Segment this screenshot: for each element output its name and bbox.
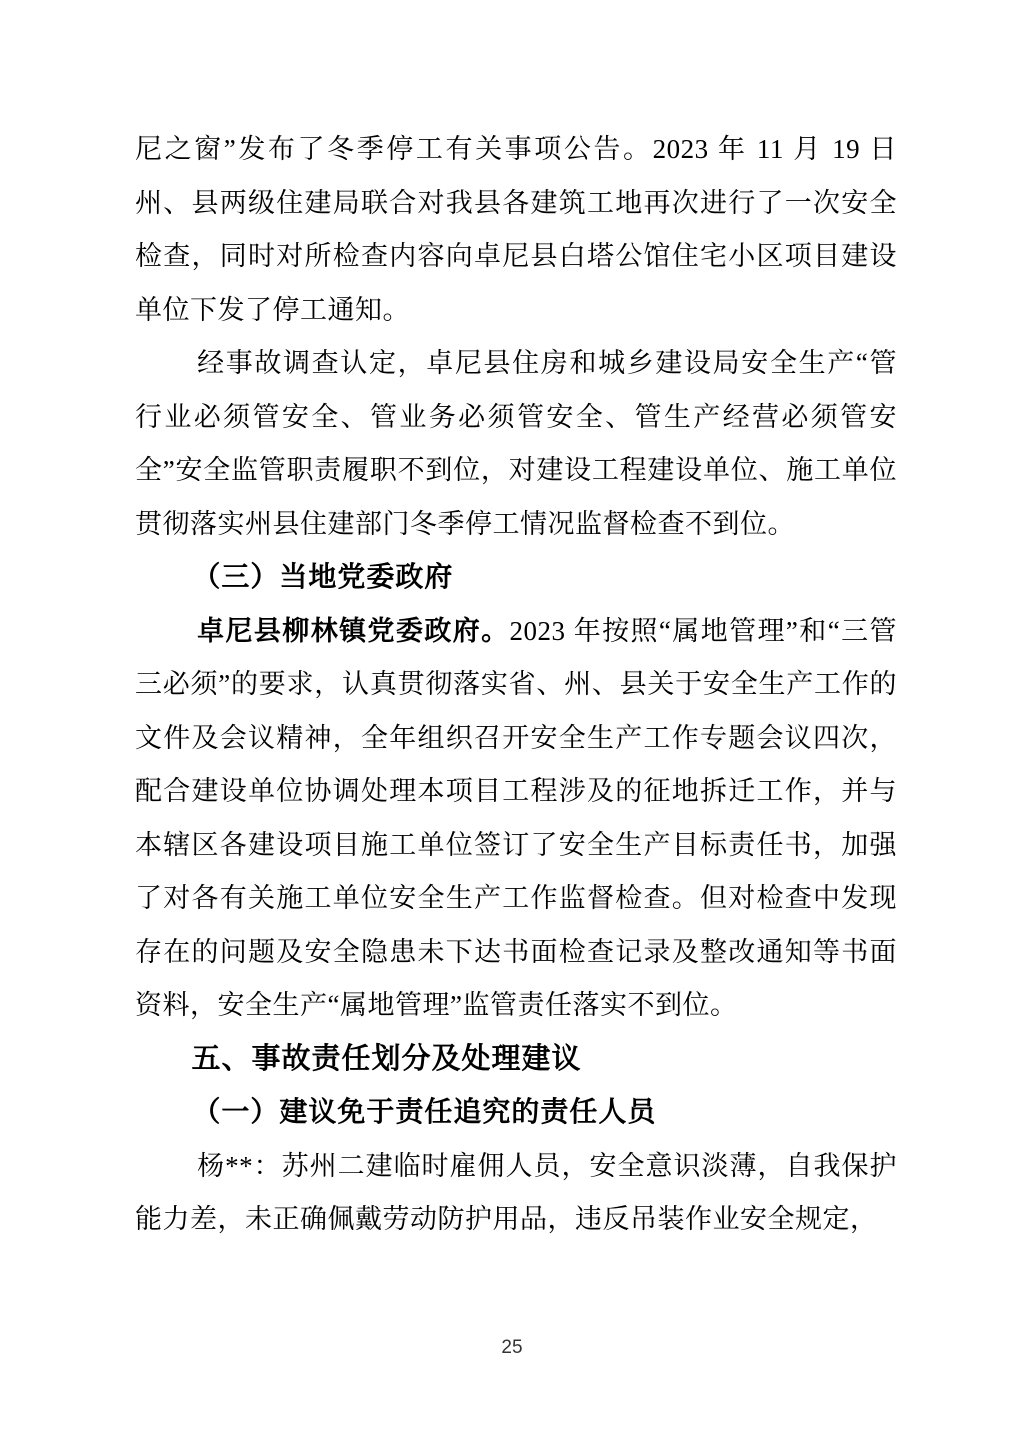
heading-section-3-local-party-committee: （三）当地党委政府 — [135, 551, 897, 605]
paragraph-liulin-bold-lead: 卓尼县柳林镇党委政府。 — [197, 616, 509, 646]
paragraph-liulin-town-government: 卓尼县柳林镇党委政府。2023 年按照“属地管理”和“三管三必须”的要求，认真贯… — [135, 605, 897, 1033]
paragraph-yang-worker: 杨**：苏州二建临时雇佣人员，安全意识淡薄，自我保护能力差，未正确佩戴劳动防护用… — [135, 1140, 897, 1247]
document-text-block: 尼之窗”发布了冬季停工有关事项公告。2023 年 11 月 19 日州、县两级住… — [135, 123, 897, 1247]
paragraph-winter-shutdown-notice: 尼之窗”发布了冬季停工有关事项公告。2023 年 11 月 19 日州、县两级住… — [135, 123, 897, 337]
document-page: 尼之窗”发布了冬季停工有关事项公告。2023 年 11 月 19 日州、县两级住… — [0, 0, 1024, 1448]
paragraph-investigation-finding: 经事故调查认定，卓尼县住房和城乡建设局安全生产“管行业必须管安全、管业务必须管安… — [135, 337, 897, 551]
heading-sub-1-exempted-personnel: （一）建议免于责任追究的责任人员 — [135, 1086, 897, 1140]
page-number: 25 — [0, 1337, 1024, 1359]
heading-part-5-responsibility-division: 五、事故责任划分及处理建议 — [135, 1033, 897, 1087]
paragraph-liulin-body: 2023 年按照“属地管理”和“三管三必须”的要求，认真贯彻落实省、州、县关于安… — [135, 616, 897, 1021]
